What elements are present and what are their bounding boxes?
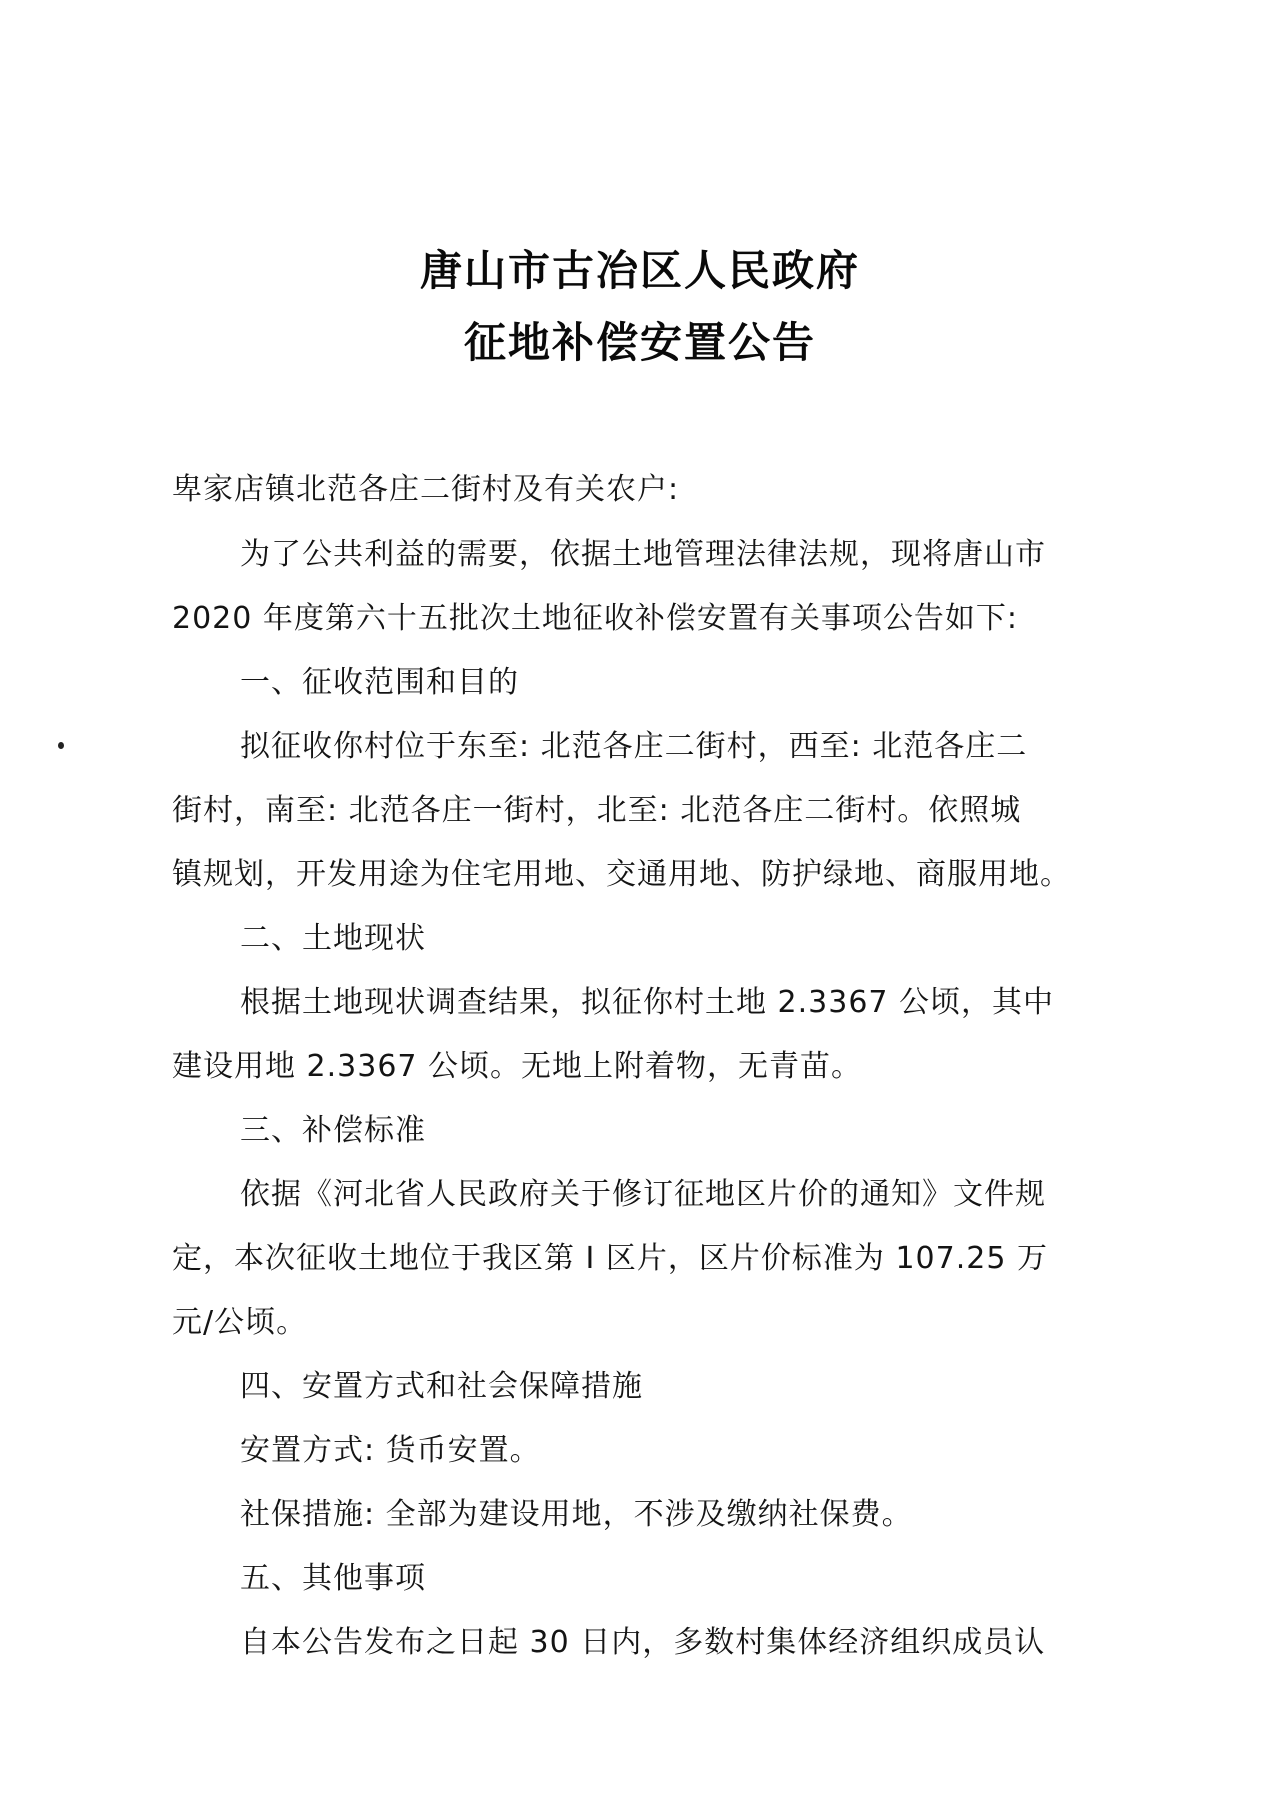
section-heading-1: 一、征收范围和目的 <box>240 657 519 701</box>
scan-speck <box>58 742 64 749</box>
paragraph-line: 定，本次征收土地位于我区第 I 区片，区片价标准为 107.25 万 <box>172 1233 1048 1277</box>
section-heading-3: 三、补偿标准 <box>240 1105 426 1149</box>
addressee: 卑家店镇北范各庄二街村及有关农户: <box>172 464 679 508</box>
paragraph-line: 自本公告发布之日起 30 日内，多数村集体经济组织成员认 <box>240 1617 1045 1661</box>
paragraph-line: 元/公顷。 <box>172 1297 307 1341</box>
paragraph-line: 安置方式: 货币安置。 <box>240 1425 541 1469</box>
section-heading-5: 五、其他事项 <box>240 1553 426 1597</box>
paragraph-line: 拟征收你村位于东至: 北范各庄二街村，西至: 北范各庄二 <box>240 721 1027 765</box>
paragraph-line: 建设用地 2.3367 公顷。无地上附着物，无青苗。 <box>172 1041 862 1085</box>
title-line-1: 唐山市古冶区人民政府 <box>0 238 1280 298</box>
paragraph-line: 镇规划，开发用途为住宅用地、交通用地、防护绿地、商服用地。 <box>172 849 1071 893</box>
paragraph-line: 2020 年度第六十五批次土地征收补偿安置有关事项公告如下: <box>172 593 1018 637</box>
paragraph-line: 依据《河北省人民政府关于修订征地区片价的通知》文件规 <box>240 1169 1046 1213</box>
paragraph-line: 为了公共利益的需要，依据土地管理法律法规，现将唐山市 <box>240 529 1046 573</box>
paragraph-line: 社保措施: 全部为建设用地，不涉及缴纳社保费。 <box>240 1489 913 1533</box>
document-page: 唐山市古冶区人民政府 征地补偿安置公告 卑家店镇北范各庄二街村及有关农户: 为了… <box>0 0 1280 1802</box>
paragraph-line: 根据土地现状调查结果，拟征你村土地 2.3367 公顷，其中 <box>240 977 1054 1021</box>
title-line-2: 征地补偿安置公告 <box>0 310 1280 370</box>
section-heading-4: 四、安置方式和社会保障措施 <box>240 1361 643 1405</box>
paragraph-line: 街村，南至: 北范各庄一街村，北至: 北范各庄二街村。依照城 <box>172 785 1021 829</box>
section-heading-2: 二、土地现状 <box>240 913 426 957</box>
